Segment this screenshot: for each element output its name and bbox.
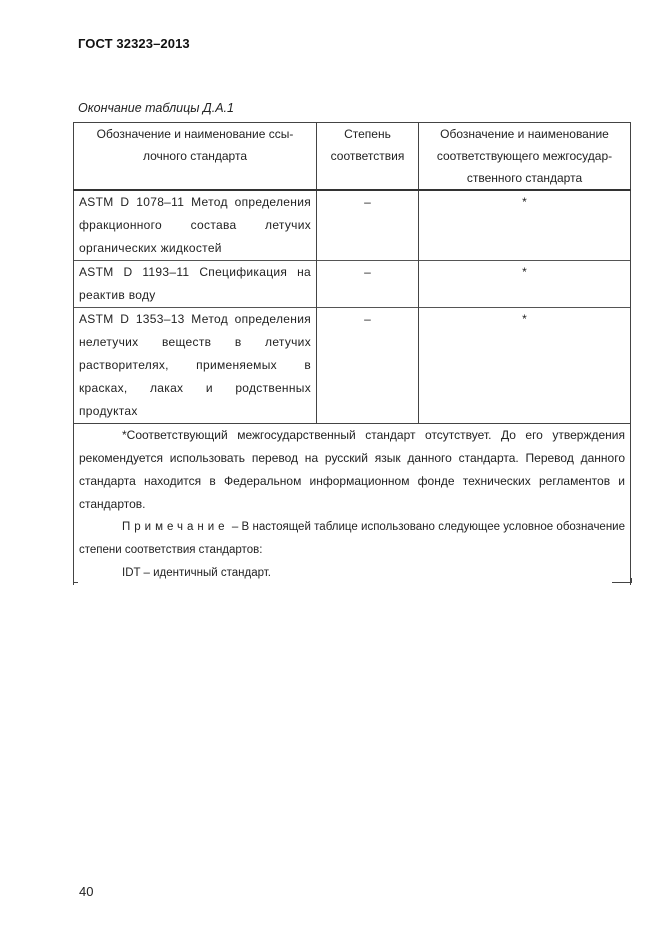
degree-cell: – (317, 190, 419, 261)
table-caption: Окончание таблицы Д.А.1 (78, 101, 234, 115)
interstate-cell: * (419, 261, 631, 308)
note-label: Примечание (122, 521, 229, 533)
note-paragraph: Примечание – В настоящей таблице использ… (79, 516, 625, 562)
notes-row: *Соответствующий межгосударственный стан… (74, 424, 631, 586)
legend-text: IDT – идентичный стандарт. (79, 562, 625, 585)
table-corner-right (612, 578, 632, 583)
document-header: ГОСТ 32323–2013 (78, 36, 190, 51)
column-header-degree: Степень соответствия (317, 123, 419, 191)
degree-cell: – (317, 261, 419, 308)
table-row: ASTM D 1078–11 Метод определения фракцио… (74, 190, 631, 261)
reference-cell: ASTM D 1193–11 Спецификация на реактив в… (74, 261, 317, 308)
table-header-row: Обозначение и наименование ссы- лочного … (74, 123, 631, 191)
column-header-reference: Обозначение и наименование ссы- лочного … (74, 123, 317, 191)
reference-cell: ASTM D 1078–11 Метод определения фракцио… (74, 190, 317, 261)
page-number: 40 (79, 884, 93, 899)
standards-table: Обозначение и наименование ссы- лочного … (73, 122, 631, 585)
notes-cell: *Соответствующий межгосударственный стан… (74, 424, 631, 586)
footnote-text: *Соответствующий межгосударственный стан… (79, 424, 625, 516)
table-row: ASTM D 1193–11 Спецификация на реактив в… (74, 261, 631, 308)
table-corner-left (73, 578, 78, 583)
table-row: ASTM D 1353–13 Метод определения нелетуч… (74, 308, 631, 424)
column-header-interstate: Обозначение и наименование соответствующ… (419, 123, 631, 191)
interstate-cell: * (419, 308, 631, 424)
degree-cell: – (317, 308, 419, 424)
reference-cell: ASTM D 1353–13 Метод определения нелетуч… (74, 308, 317, 424)
interstate-cell: * (419, 190, 631, 261)
